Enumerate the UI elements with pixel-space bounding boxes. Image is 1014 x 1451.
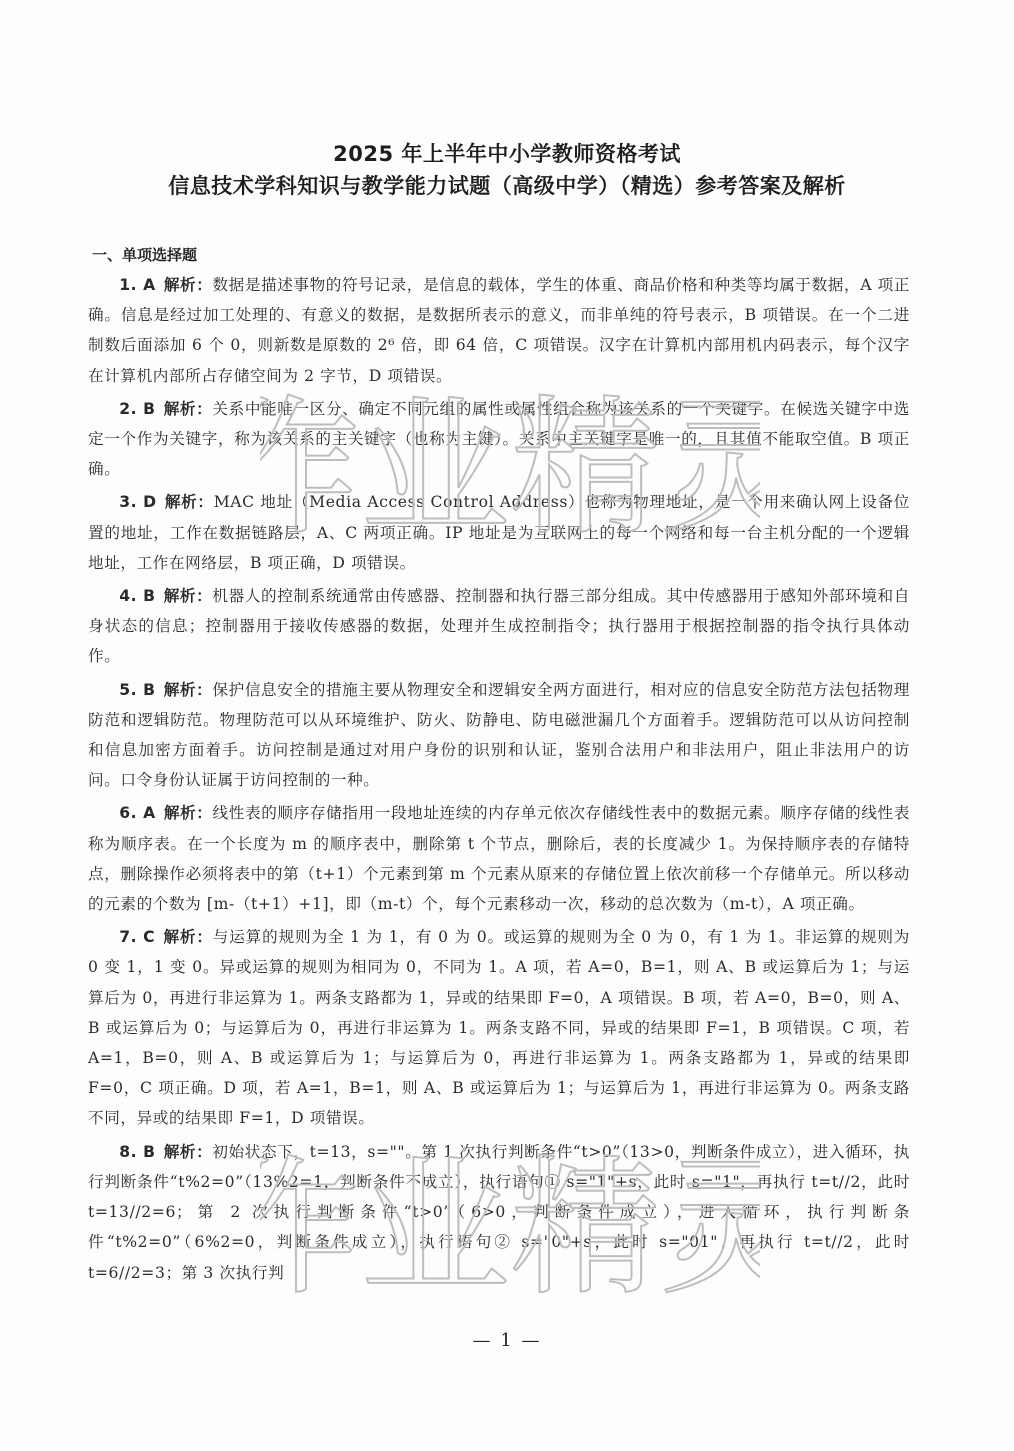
document-page: 2025 年上半年中小学教师资格考试 信息技术学科知识与教学能力试题（高级中学）… (0, 0, 1014, 1451)
item-explanation: 与运算的规则为全 1 为 1，有 0 为 0。或运算的规则为全 0 为 0，有 … (88, 928, 910, 1127)
item-number: 1. (119, 276, 137, 294)
item-answer: A (143, 276, 156, 294)
item-explanation: 初始状态下，t=13，s=""。第 1 次执行判断条件“t>0”（13>0，判断… (88, 1143, 910, 1282)
page-number: — 1 — (0, 1330, 1014, 1351)
analysis-label: 解析： (164, 276, 213, 294)
item-number: 2. (119, 400, 137, 418)
analysis-label: 解析： (164, 587, 213, 605)
title-line-2: 信息技术学科知识与教学能力试题（高级中学）（精选）参考答案及解析 (0, 170, 1014, 202)
item-answer: B (143, 400, 156, 418)
answer-item-8: 8.B解析：初始状态下，t=13，s=""。第 1 次执行判断条件“t>0”（1… (88, 1137, 910, 1288)
item-answer: D (143, 493, 157, 511)
item-number: 7. (119, 928, 137, 946)
item-answer: B (143, 681, 156, 699)
answer-item-3: 3.D解析：MAC 地址（Media Access Control Addres… (88, 487, 910, 578)
title-line-1: 2025 年上半年中小学教师资格考试 (0, 138, 1014, 170)
item-explanation: 保护信息安全的措施主要从物理安全和逻辑安全两方面进行，相对应的信息安全防范方法包… (88, 681, 910, 790)
item-answer: B (143, 587, 156, 605)
item-answer: A (143, 804, 156, 822)
item-number: 3. (119, 493, 137, 511)
analysis-label: 解析： (164, 1143, 213, 1161)
answer-item-4: 4.B解析：机器人的控制系统通常由传感器、控制器和执行器三部分组成。其中传感器用… (88, 581, 910, 672)
item-number: 8. (119, 1143, 137, 1161)
item-answer: C (143, 928, 155, 946)
item-number: 4. (119, 587, 137, 605)
item-number: 5. (119, 681, 137, 699)
document-title: 2025 年上半年中小学教师资格考试 信息技术学科知识与教学能力试题（高级中学）… (0, 138, 1014, 202)
answer-item-1: 1.A解析：数据是描述事物的符号记录，是信息的载体，学生的体重、商品价格和种类等… (88, 270, 910, 391)
answer-item-7: 7.C解析：与运算的规则为全 1 为 1，有 0 为 0。或运算的规则为全 0 … (88, 922, 910, 1133)
section-heading: 一、单项选择题 (92, 240, 910, 270)
item-explanation: 关系中能唯一区分、确定不同元组的属性或属性组合称为该关系的一个关键字。在候选关键… (88, 400, 910, 478)
item-explanation: 机器人的控制系统通常由传感器、控制器和执行器三部分组成。其中传感器用于感知外部环… (88, 587, 910, 665)
answer-content: 一、单项选择题 1.A解析：数据是描述事物的符号记录，是信息的载体，学生的体重、… (88, 240, 910, 1291)
answer-item-5: 5.B解析：保护信息安全的措施主要从物理安全和逻辑安全两方面进行，相对应的信息安… (88, 675, 910, 796)
item-answer: B (143, 1143, 156, 1161)
analysis-label: 解析： (165, 493, 214, 511)
analysis-label: 解析： (164, 400, 213, 418)
item-number: 6. (119, 804, 137, 822)
answer-item-2: 2.B解析：关系中能唯一区分、确定不同元组的属性或属性组合称为该关系的一个关键字… (88, 394, 910, 485)
item-explanation: 数据是描述事物的符号记录，是信息的载体，学生的体重、商品价格和种类等均属于数据，… (88, 276, 910, 385)
analysis-label: 解析： (164, 804, 213, 822)
analysis-label: 解析： (163, 928, 213, 946)
analysis-label: 解析： (164, 681, 213, 699)
answer-item-6: 6.A解析：线性表的顺序存储指用一段地址连续的内存单元依次存储线性表中的数据元素… (88, 798, 910, 919)
